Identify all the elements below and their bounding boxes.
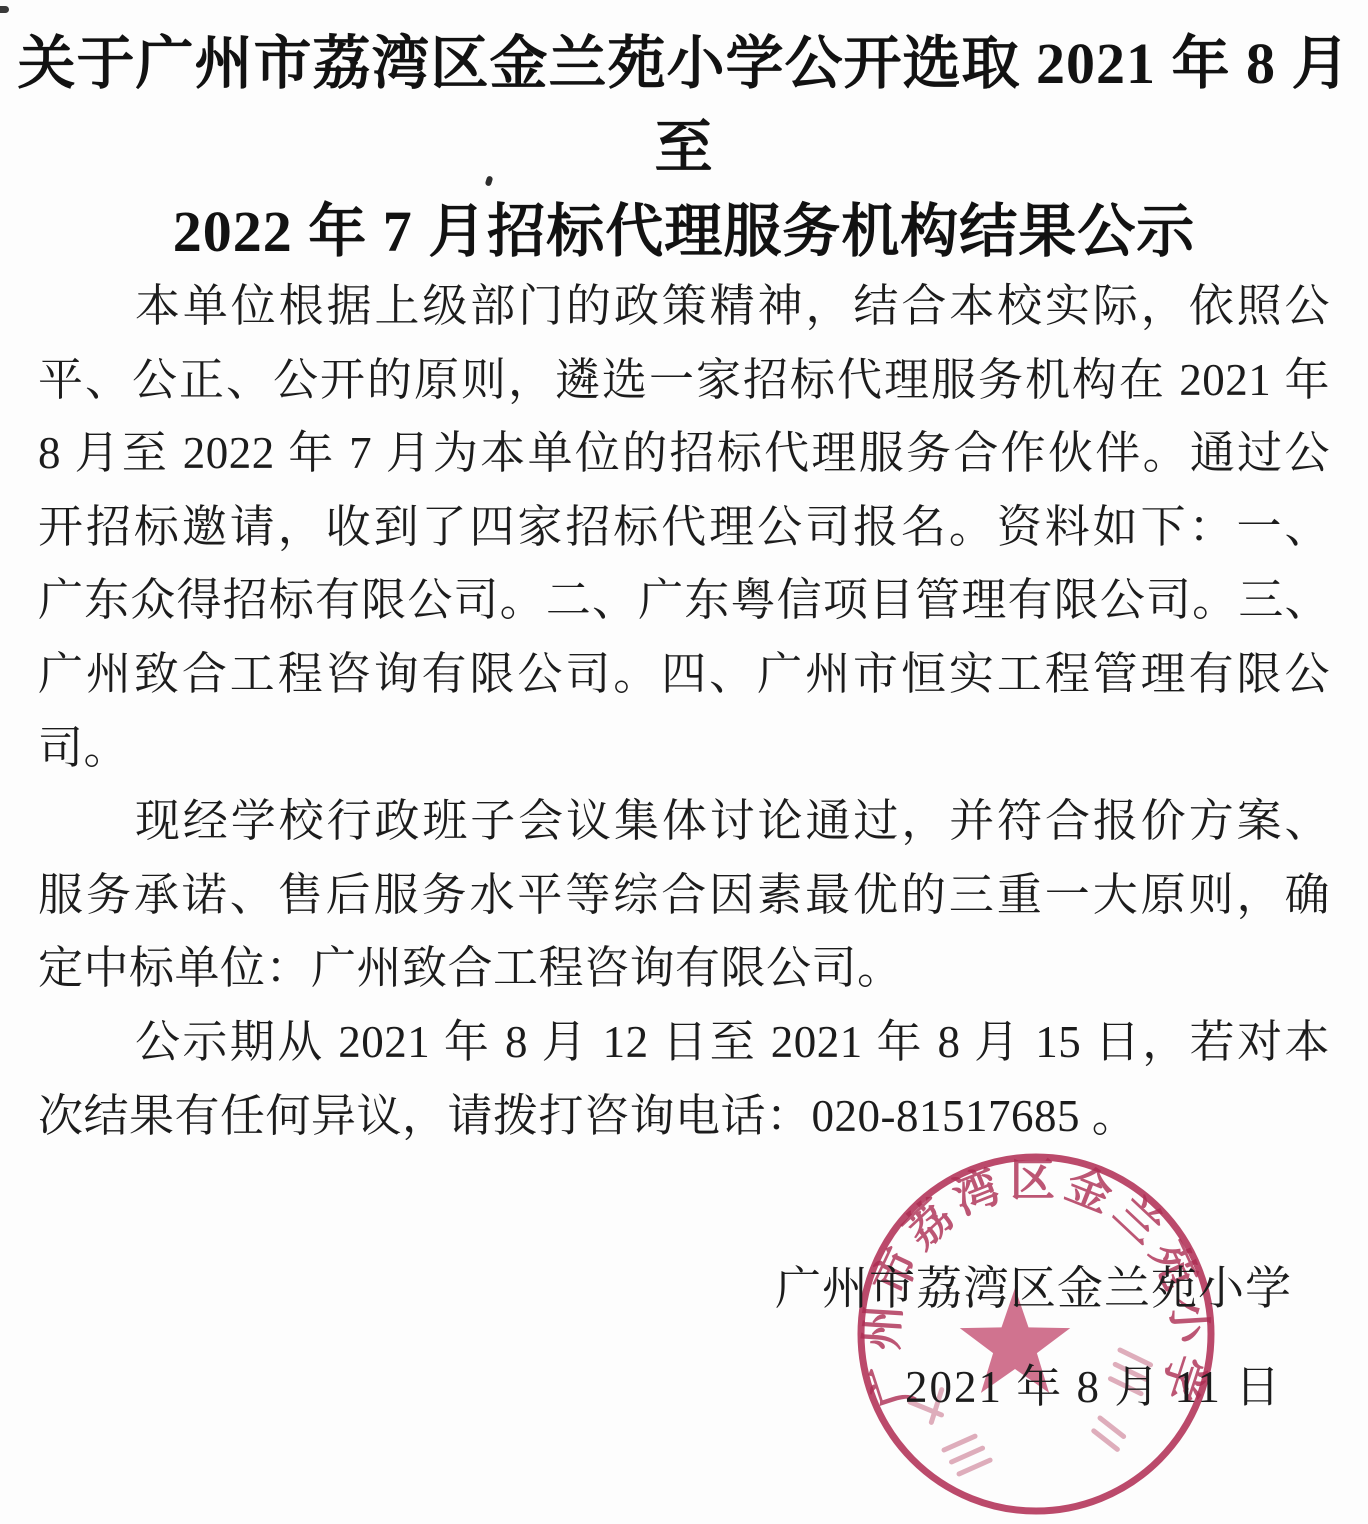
body-line: 8 月至 2022 年 7 月为本单位的招标代理服务合作伙伴。通过公: [38, 417, 1330, 491]
body-line: 广州致合工程咨询有限公司。四、广州市恒实工程管理有限公: [38, 638, 1330, 712]
body-line: 本单位根据上级部门的政策精神，结合本校实际，依照公: [38, 270, 1330, 344]
body-line: 定中标单位：广州致合工程咨询有限公司。: [38, 932, 1330, 1006]
body-line: 司。: [38, 712, 1330, 786]
body-line: 开招标邀请，收到了四家招标代理公司报名。资料如下：一、: [38, 491, 1330, 565]
signature-date: 2021 年 8 月 11 日: [905, 1350, 1282, 1415]
body-line: 服务承诺、售后服务水平等综合因素最优的三重一大原则，确: [38, 859, 1330, 933]
title-line-2: 2022 年 7 月招标代理服务机构结果公示: [0, 190, 1368, 274]
announcement-document: 关于广州市荔湾区金兰苑小学公开选取 2021 年 8 月至 2022 年 7 月…: [0, 0, 1368, 1524]
scan-artifact: [0, 6, 9, 13]
document-body: 本单位根据上级部门的政策精神，结合本校实际，依照公平、公正、公开的原则，遴选一家…: [38, 270, 1330, 1153]
title-line-1: 关于广州市荔湾区金兰苑小学公开选取 2021 年 8 月至: [0, 22, 1368, 190]
body-line: 公示期从 2021 年 8 月 12 日至 2021 年 8 月 15 日，若对…: [38, 1006, 1330, 1080]
body-line: 平、公正、公开的原则，遴选一家招标代理服务机构在 2021 年: [38, 344, 1330, 418]
body-line: 现经学校行政班子会议集体讨论通过，并符合报价方案、: [38, 785, 1330, 859]
body-line: 次结果有任何异议，请拨打咨询电话：020-81517685 。: [38, 1080, 1330, 1154]
signature-organization: 广州市荔湾区金兰苑小学: [775, 1252, 1292, 1318]
official-seal: 广州市荔湾区金兰苑小学: [848, 1150, 1224, 1522]
body-line: 广东众得招标有限公司。二、广东粤信项目管理有限公司。三、: [38, 564, 1330, 638]
document-title: 关于广州市荔湾区金兰苑小学公开选取 2021 年 8 月至 2022 年 7 月…: [0, 22, 1368, 274]
